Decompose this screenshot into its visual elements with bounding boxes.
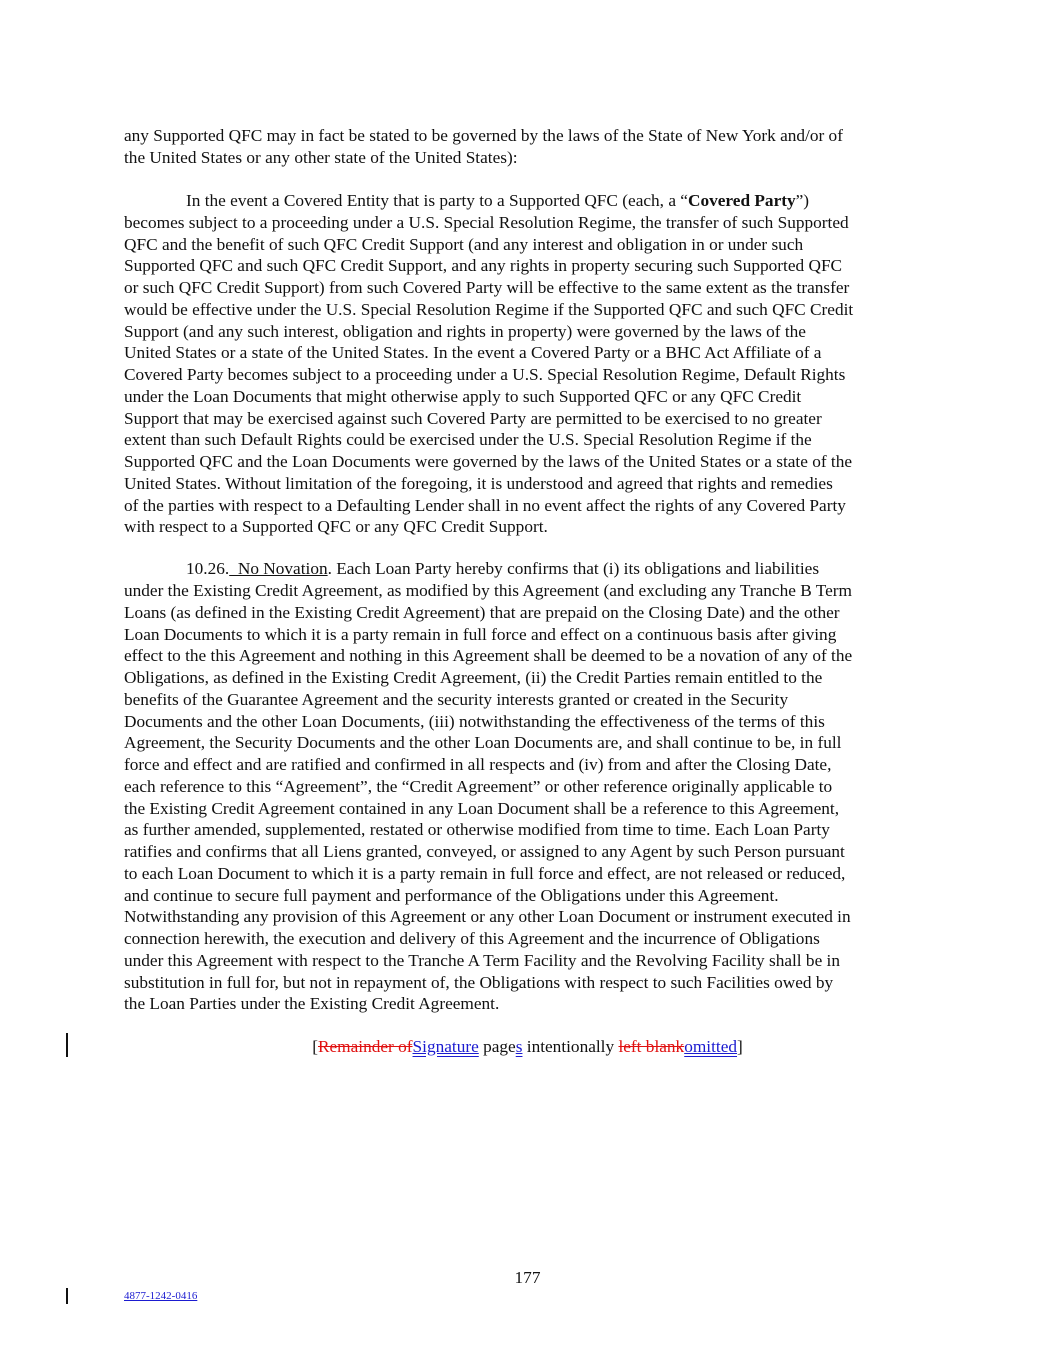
section-number: 10.26.	[186, 559, 229, 578]
text-line: with respect to a Supported QFC or any Q…	[124, 516, 548, 538]
paragraph-first-line: In the event a Covered Entity that is pa…	[186, 190, 809, 212]
text-line: to each Loan Document to which it is a p…	[124, 863, 845, 885]
document-id: 4877-1242-0416	[124, 1290, 197, 1302]
text-line: Documents and the other Loan Documents, …	[124, 711, 825, 733]
text-line: force and effect and are ratified and co…	[124, 754, 831, 776]
deleted-text: left blank	[618, 1037, 684, 1056]
text-line: ratifies and confirms that all Liens gra…	[124, 841, 845, 863]
inserted-text: Signature	[413, 1037, 479, 1056]
text-line: each reference to this “Agreement”, the …	[124, 776, 832, 798]
text-line: Notwithstanding any provision of this Ag…	[124, 906, 851, 928]
text-line: Supported QFC and the Loan Documents wer…	[124, 451, 852, 473]
text-line: the Loan Parties under the Existing Cred…	[124, 993, 499, 1015]
text: page	[479, 1037, 516, 1056]
deleted-text: Remainder of	[318, 1037, 413, 1056]
text-line: extent than such Default Rights could be…	[124, 429, 812, 451]
defined-term: Covered Party	[688, 191, 796, 210]
text-line: or such QFC Credit Support) from such Co…	[124, 277, 849, 299]
text-line: Supported QFC and such QFC Credit Suppor…	[124, 255, 842, 277]
text-line: Obligations, as defined in the Existing …	[124, 667, 822, 689]
page-number: 177	[0, 1268, 1055, 1288]
text-line: would be effective under the U.S. Specia…	[124, 299, 853, 321]
text-line: United States. Without limitation of the…	[124, 473, 833, 495]
signature-note: [Remainder ofSignature pages intentional…	[0, 1036, 1055, 1058]
text-line: the Existing Credit Agreement contained …	[124, 798, 839, 820]
text-line: substitution in full for, but not in rep…	[124, 972, 833, 994]
text-line: effect to the this Agreement and nothing…	[124, 645, 852, 667]
text-line: of the parties with respect to a Default…	[124, 495, 846, 517]
text-line: under this Agreement with respect to the…	[124, 950, 840, 972]
text-line: becomes subject to a proceeding under a …	[124, 212, 849, 234]
text-line: as further amended, supplemented, restat…	[124, 819, 830, 841]
inserted-text: omitted	[684, 1037, 737, 1056]
text: . Each Loan Party hereby confirms that (…	[328, 559, 819, 578]
text: In the event a Covered Entity that is pa…	[186, 191, 688, 210]
section-heading-line: 10.26. No Novation. Each Loan Party here…	[186, 558, 819, 580]
text-line: QFC and the benefit of such QFC Credit S…	[124, 234, 803, 256]
text-line: Support that may be exercised against su…	[124, 408, 822, 430]
text-line: under the Existing Credit Agreement, as …	[124, 580, 852, 602]
document-page: any Supported QFC may in fact be stated …	[0, 0, 1055, 1365]
text-line: benefits of the Guarantee Agreement and …	[124, 689, 788, 711]
change-bar	[66, 1288, 68, 1304]
text-line: United States or a state of the United S…	[124, 342, 821, 364]
text-line: Loans (as defined in the Existing Credit…	[124, 602, 840, 624]
text-line: connection herewith, the execution and d…	[124, 928, 820, 950]
text-line: and continue to secure full payment and …	[124, 885, 779, 907]
bracket: ]	[737, 1037, 743, 1056]
text-line: any Supported QFC may in fact be stated …	[124, 125, 843, 147]
text-line: Agreement, the Security Documents and th…	[124, 732, 841, 754]
text-line: under the Loan Documents that might othe…	[124, 386, 801, 408]
text-line: the United States or any other state of …	[124, 147, 518, 169]
section-heading: No Novation	[229, 559, 327, 578]
text: ”)	[796, 191, 809, 210]
text-line: Covered Party becomes subject to a proce…	[124, 364, 845, 386]
text: intentionally	[522, 1037, 618, 1056]
text-line: Loan Documents to which it is a party re…	[124, 624, 836, 646]
text-line: Support (and any such interest, obligati…	[124, 321, 806, 343]
